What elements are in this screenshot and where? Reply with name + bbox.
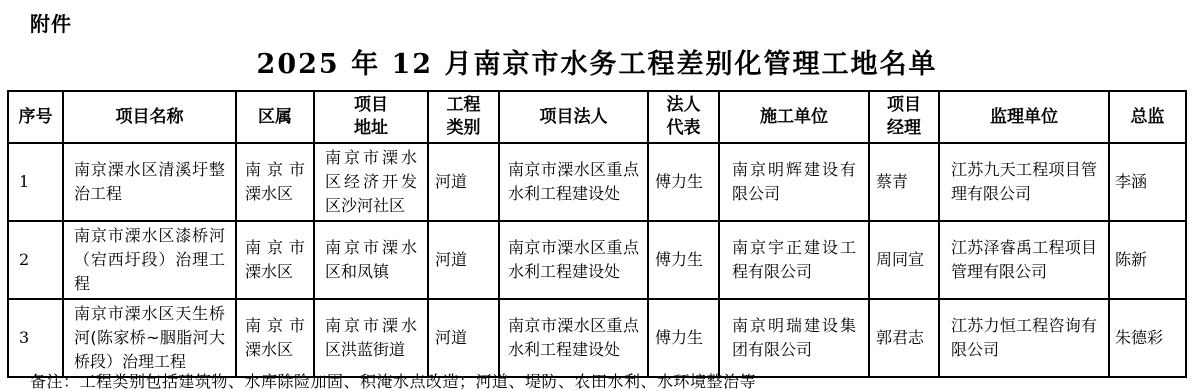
- cell-project-manager: 郭君志: [869, 299, 939, 377]
- column-header-supervision-unit: 监理单位: [939, 91, 1109, 143]
- cell-contractor: 南京明辉建设有限公司: [719, 143, 869, 221]
- cell-project-name: 南京市溧水区天生桥河(陈家桥~胭脂河大桥段）治理工程: [63, 299, 236, 377]
- cell-project-name: 南京溧水区清溪圩整治工程: [63, 143, 236, 221]
- column-header-project-name: 项目名称: [63, 91, 236, 143]
- cell-chief-supervisor: 李涵: [1109, 143, 1186, 221]
- cell-legal-entity: 南京市溧水区重点水利工程建设处: [499, 221, 648, 299]
- cell-legal-rep: 傅力生: [648, 221, 719, 299]
- cell-district: 南京市溧水区: [236, 299, 314, 377]
- cell-chief-supervisor: 陈新: [1109, 221, 1186, 299]
- cell-district: 南京市溧水区: [236, 143, 314, 221]
- column-header-district: 区属: [236, 91, 314, 143]
- cell-legal-rep: 傅力生: [648, 299, 719, 377]
- column-header-index: 序号: [8, 91, 63, 143]
- column-header-contractor: 施工单位: [719, 91, 869, 143]
- table-row: 1南京溧水区清溪圩整治工程南京市溧水区南京市溧水区经济开发区沙河社区河道南京市溧…: [8, 143, 1186, 221]
- cell-category: 河道: [428, 221, 499, 299]
- table-body: 1南京溧水区清溪圩整治工程南京市溧水区南京市溧水区经济开发区沙河社区河道南京市溧…: [8, 143, 1186, 377]
- cell-project-manager: 周同宣: [869, 221, 939, 299]
- cell-address: 南京市溧水区经济开发区沙河社区: [314, 143, 428, 221]
- table-header-row: 序号项目名称区属项目 地址工程 类别项目法人法人 代表施工单位项目 经理监理单位…: [8, 91, 1186, 143]
- cell-legal-rep: 傅力生: [648, 143, 719, 221]
- cell-legal-entity: 南京市溧水区重点水利工程建设处: [499, 299, 648, 377]
- column-header-chief-supervisor: 总监: [1109, 91, 1186, 143]
- cell-project-manager: 蔡青: [869, 143, 939, 221]
- cell-project-name: 南京市溧水区漆桥河（宕西圩段）治理工程: [63, 221, 236, 299]
- cell-address: 南京市溧水区和凤镇: [314, 221, 428, 299]
- column-header-legal-rep: 法人 代表: [648, 91, 719, 143]
- note-text: 备注：工程类别包括建筑物、水库除险加固、积淹水点改造；河道、堤防、农田水利、水环…: [30, 369, 756, 391]
- column-header-project-manager: 项目 经理: [869, 91, 939, 143]
- cell-chief-supervisor: 朱德彩: [1109, 299, 1186, 377]
- cell-contractor: 南京宇正建设工程有限公司: [719, 221, 869, 299]
- document-page: 附件 2025 年 12 月南京市水务工程差别化管理工地名单 序号项目名称区属项…: [0, 0, 1194, 391]
- table-row: 3南京市溧水区天生桥河(陈家桥~胭脂河大桥段）治理工程南京市溧水区南京市溧水区洪…: [8, 299, 1186, 377]
- cell-district: 南京市溧水区: [236, 221, 314, 299]
- project-table: 序号项目名称区属项目 地址工程 类别项目法人法人 代表施工单位项目 经理监理单位…: [7, 90, 1187, 378]
- cell-category: 河道: [428, 299, 499, 377]
- cell-supervision-unit: 江苏九天工程项目管理有限公司: [939, 143, 1109, 221]
- column-header-legal-entity: 项目法人: [499, 91, 648, 143]
- cell-legal-entity: 南京市溧水区重点水利工程建设处: [499, 143, 648, 221]
- attachment-label: 附件: [30, 8, 72, 37]
- table-row: 2南京市溧水区漆桥河（宕西圩段）治理工程南京市溧水区南京市溧水区和凤镇河道南京市…: [8, 221, 1186, 299]
- cell-index: 1: [8, 143, 63, 221]
- page-title: 2025 年 12 月南京市水务工程差别化管理工地名单: [0, 42, 1194, 81]
- cell-category: 河道: [428, 143, 499, 221]
- cell-index: 3: [8, 299, 63, 377]
- cell-address: 南京市溧水区洪蓝街道: [314, 299, 428, 377]
- column-header-category: 工程 类别: [428, 91, 499, 143]
- cell-supervision-unit: 江苏泽睿禹工程项目管理有限公司: [939, 221, 1109, 299]
- cell-index: 2: [8, 221, 63, 299]
- cell-contractor: 南京明瑞建设集团有限公司: [719, 299, 869, 377]
- cell-supervision-unit: 江苏力恒工程咨询有限公司: [939, 299, 1109, 377]
- column-header-address: 项目 地址: [314, 91, 428, 143]
